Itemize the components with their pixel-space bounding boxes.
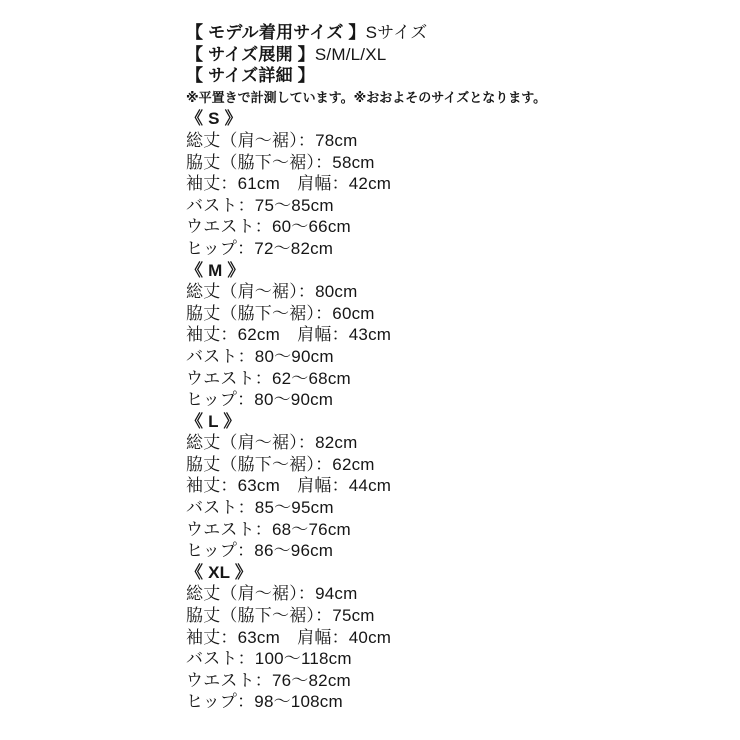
size-range-line: 【 サイズ展開 】S/M/L/XL [186, 44, 726, 66]
row-side-length: 脇丈（脇下～裾）：58cm [186, 152, 726, 174]
row-waist: ウエスト：76～82cm [186, 670, 726, 692]
row-bust: バスト：100～118cm [186, 648, 726, 670]
row-side-length: 脇丈（脇下～裾）：60cm [186, 303, 726, 325]
size-range-value: S/M/L/XL [315, 45, 387, 64]
model-size-value: Sサイズ [366, 23, 428, 42]
row-sleeve-shoulder: 袖丈：62cm 肩幅：43cm [186, 324, 726, 346]
size-name-l: 《 L 》 [186, 411, 726, 433]
row-sleeve-shoulder: 袖丈：63cm 肩幅：44cm [186, 475, 726, 497]
row-bust: バスト：85～95cm [186, 497, 726, 519]
size-detail-label: 【 サイズ詳細 】 [186, 66, 315, 85]
row-sleeve-shoulder: 袖丈：61cm 肩幅：42cm [186, 173, 726, 195]
row-total-length: 総丈（肩～裾）：78cm [186, 130, 726, 152]
row-total-length: 総丈（肩～裾）：94cm [186, 583, 726, 605]
size-name-xl: 《 XL 》 [186, 562, 726, 584]
size-section-l: 《 L 》 総丈（肩～裾）：82cm 脇丈（脇下～裾）：62cm 袖丈：63cm… [186, 411, 726, 562]
row-total-length: 総丈（肩～裾）：82cm [186, 432, 726, 454]
row-hip: ヒップ：72～82cm [186, 238, 726, 260]
row-hip: ヒップ：86～96cm [186, 540, 726, 562]
measurement-note: ※平置きで計測しています。※おおよそのサイズとなります。 [186, 87, 726, 109]
size-spec-sheet: 【 モデル着用サイズ 】Sサイズ 【 サイズ展開 】S/M/L/XL 【 サイズ… [186, 22, 726, 713]
size-name-s: 《 S 》 [186, 108, 726, 130]
row-hip: ヒップ：80～90cm [186, 389, 726, 411]
row-side-length: 脇丈（脇下～裾）：62cm [186, 454, 726, 476]
row-waist: ウエスト：62～68cm [186, 368, 726, 390]
size-detail-line: 【 サイズ詳細 】 [186, 65, 726, 87]
row-sleeve-shoulder: 袖丈：63cm 肩幅：40cm [186, 627, 726, 649]
row-hip: ヒップ：98～108cm [186, 691, 726, 713]
size-section-s: 《 S 》 総丈（肩～裾）：78cm 脇丈（脇下～裾）：58cm 袖丈：61cm… [186, 108, 726, 259]
size-range-label: 【 サイズ展開 】 [186, 45, 315, 64]
size-section-xl: 《 XL 》 総丈（肩～裾）：94cm 脇丈（脇下～裾）：75cm 袖丈：63c… [186, 562, 726, 713]
row-bust: バスト：75～85cm [186, 195, 726, 217]
size-name-m: 《 M 》 [186, 260, 726, 282]
row-side-length: 脇丈（脇下～裾）：75cm [186, 605, 726, 627]
row-total-length: 総丈（肩～裾）：80cm [186, 281, 726, 303]
row-waist: ウエスト：68～76cm [186, 519, 726, 541]
row-bust: バスト：80～90cm [186, 346, 726, 368]
model-size-label: 【 モデル着用サイズ 】 [186, 23, 366, 42]
model-size-line: 【 モデル着用サイズ 】Sサイズ [186, 22, 726, 44]
row-waist: ウエスト：60～66cm [186, 216, 726, 238]
size-section-m: 《 M 》 総丈（肩～裾）：80cm 脇丈（脇下～裾）：60cm 袖丈：62cm… [186, 260, 726, 411]
